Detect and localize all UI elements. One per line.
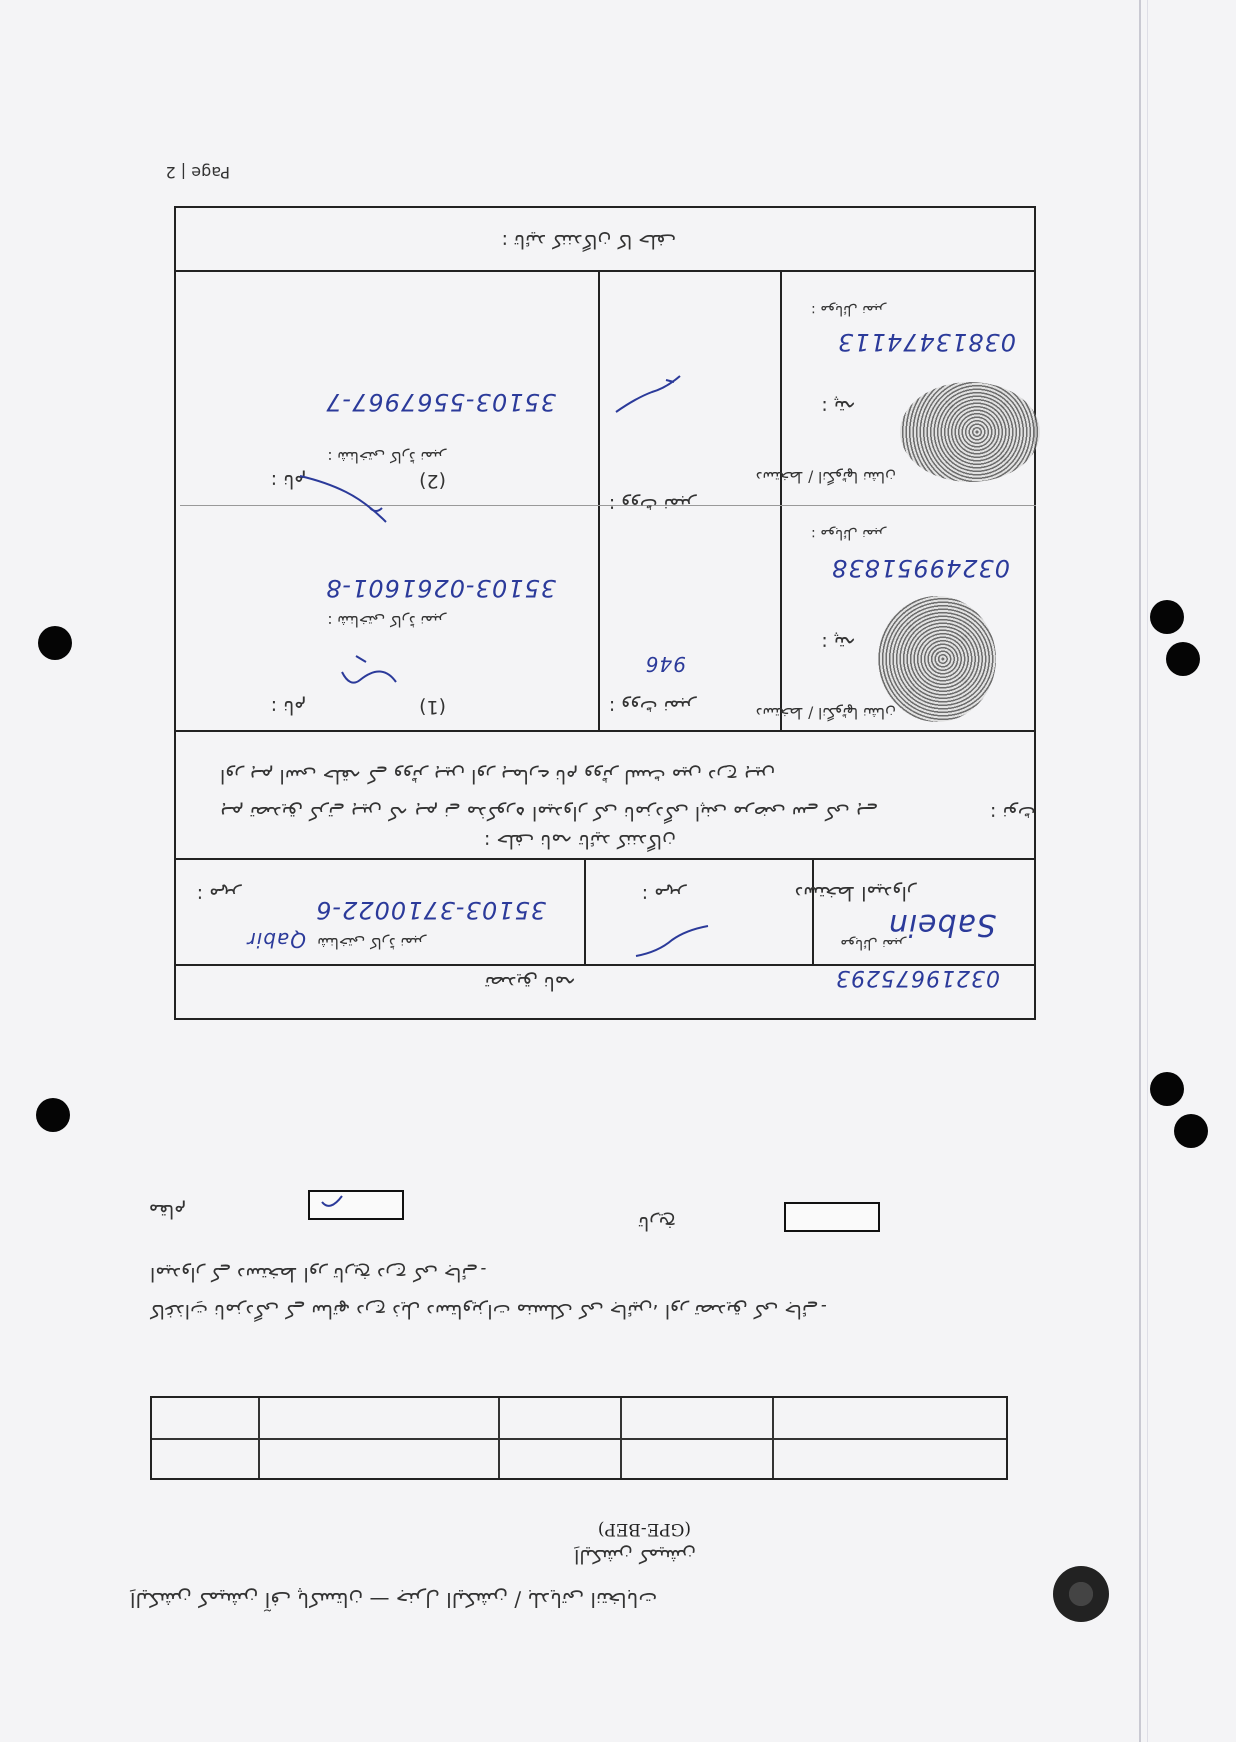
proposer-2-vote-no-label: : ووٹ نمبر	[609, 494, 696, 516]
proposer-1-vote-no-label: : ووٹ نمبر	[609, 696, 696, 718]
candidate-cnic-value: 35103-3710022-6	[315, 896, 546, 924]
form-code: (GPE-BEP)	[598, 1519, 691, 1539]
proposer-2-cnic-value: 35103-5567967-7	[325, 388, 556, 416]
place-label: مقام	[149, 1200, 186, 1222]
place-box[interactable]	[308, 1190, 404, 1220]
org-title: اِلیکشن کمیشن آف پاکستان — جنرل الیکشن /…	[130, 1588, 657, 1612]
proposer-1-address-label: : پتہ	[821, 632, 856, 654]
proposer-1-index: (1)	[419, 696, 446, 718]
proposer-1-cnic-label: : شناختی کارڈ نمبر	[327, 612, 446, 630]
date-box[interactable]	[784, 1202, 880, 1232]
candidate-stamp-signature	[626, 916, 716, 960]
proposer-1-vote-no-value: 946	[645, 652, 686, 676]
declaration-line-1: ہم تصدیق کرتے ہیں کہ ہم نے مذکورہ امیدوا…	[220, 802, 878, 824]
proposer-2-index: (2)	[419, 470, 446, 492]
election-commission-logo	[1053, 1566, 1109, 1622]
proposer-1-thumb-label: دستخط / انگوٹھا نشان	[756, 704, 896, 722]
proposer-1-phone-label: : موبائل نمبر	[811, 526, 886, 542]
candidate-phone-label: موبائل نمبر	[840, 936, 906, 952]
candidate-name-handwritten: Qabir	[247, 928, 306, 952]
declaration-title: : حلف نامہ تائید کنندگان	[484, 830, 676, 852]
proposer-1-signature	[326, 638, 406, 692]
proposer-1-phone-value: 03249951838	[831, 554, 1010, 582]
candidate-phone-value: 03219675293	[835, 965, 1000, 990]
instruction-line-1: کاغذاتِ نامزدگی کے ساتھ درج ذیل دستاویزا…	[150, 1300, 829, 1322]
candidate-cnic-label: شناختی کارڈ نمبر	[317, 934, 426, 952]
candidate-section-title: تصدیق نامہ	[485, 972, 576, 994]
proposer-2-signature	[286, 468, 396, 532]
date-label: تاریخ	[638, 1212, 676, 1234]
declaration-line-2: اور ہم اسی حلقہ کے ووٹر ہیں اور ہمارے نا…	[220, 765, 775, 787]
page-number: Page | 2	[166, 163, 230, 182]
proposer-2-vote-signature	[606, 368, 696, 422]
candidate-signature-label: دستخط امیدوار	[795, 882, 916, 904]
instruction-line-2: امیدوار کے دستخط اور تاریخ درج کی جائے۔	[150, 1263, 489, 1285]
candidate-stamp-col-label: : مہر	[642, 884, 686, 906]
proposer-1-name-label: : نام	[271, 696, 306, 718]
proposer-2-thumbprint	[900, 382, 1040, 482]
proposer-2-cnic-label: : شناختی کارڈ نمبر	[327, 448, 446, 466]
checkmark-scribble	[310, 1192, 402, 1218]
proposer-2-address-label: : پتہ	[821, 396, 856, 418]
org-subtitle: اِلیکشن کمیشن	[574, 1545, 696, 1567]
proposer-2-thumb-label: دستخط / انگوٹھا نشان	[756, 468, 896, 486]
proposer-2-phone-value: 03813474113	[837, 328, 1016, 356]
proposer-1-cnic-value: 35103-0261601-8	[325, 574, 556, 602]
proposer-2-phone-label: : موبائل نمبر	[811, 302, 886, 318]
summary-table	[150, 1396, 1008, 1480]
candidate-stamp-label: : مہر	[197, 884, 241, 906]
footer-section-title: : تائید کنندگان کا حلف	[502, 230, 676, 252]
declaration-note: : نوٹ	[990, 802, 1035, 824]
form-sheet: اِلیکشن کمیشن آف پاکستان — جنرل الیکشن /…	[0, 0, 1236, 1742]
